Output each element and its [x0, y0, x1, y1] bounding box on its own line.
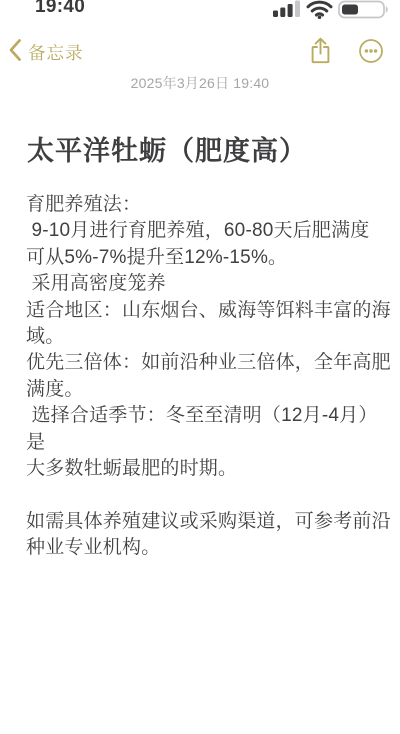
status-icons	[273, 0, 390, 20]
chevron-left-icon	[8, 38, 22, 67]
back-button[interactable]: 备忘录	[8, 38, 84, 67]
cellular-signal-icon	[273, 0, 301, 18]
share-button[interactable]	[309, 36, 332, 65]
note-title[interactable]: 太平洋牡蛎（肥度高）	[27, 134, 390, 168]
status-bar: 19:40	[0, 0, 400, 22]
wifi-icon	[306, 0, 333, 19]
nav-actions	[309, 36, 384, 65]
notes-app-screen: 19:40	[0, 0, 400, 734]
note-body[interactable]: 育肥养殖法： 9-10月进行育肥养殖，60-80天后肥满度 可从5%-7%提升至…	[26, 192, 396, 562]
more-options-button[interactable]	[358, 38, 384, 64]
status-time: 19:40	[35, 0, 85, 18]
battery-icon	[338, 0, 390, 20]
nav-bar: 备忘录	[0, 36, 400, 70]
back-button-label: 备忘录	[28, 40, 84, 65]
note-date: 2025年3月26日 19:40	[0, 73, 400, 93]
